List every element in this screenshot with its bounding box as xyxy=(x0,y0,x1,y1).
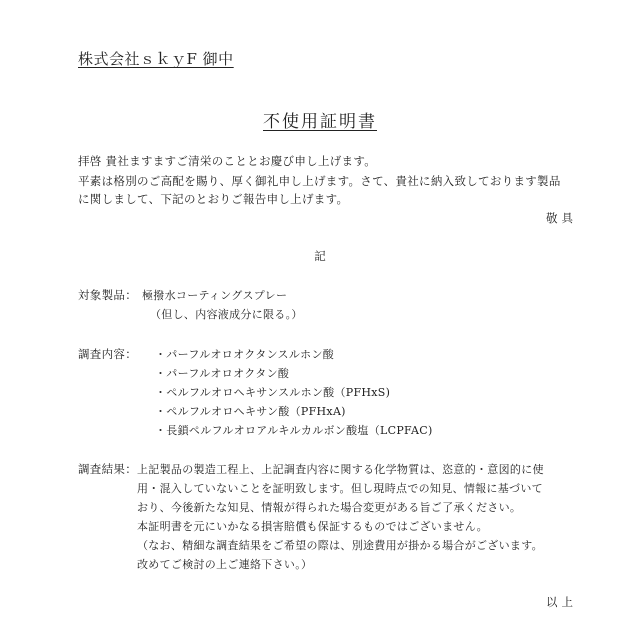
result-line: 改めてご検討の上ご連絡下さい。） xyxy=(137,556,312,572)
addressee: 株式会社ｓｋｙF 御中 xyxy=(78,48,234,69)
investigation-item: ・パーフルオロオクタン酸 xyxy=(155,365,289,381)
target-product-label: 対象製品： xyxy=(78,287,137,303)
investigation-item: ・パーフルオロオクタンスルホン酸 xyxy=(155,346,334,362)
end-mark: 以上 xyxy=(546,594,577,610)
target-product-value: 極撥水コーティングスプレー xyxy=(142,287,287,303)
greeting-line: 平素は格別のご高配を賜り、厚く御礼申し上げます。さて、貴社に納入致しております製… xyxy=(78,173,561,189)
result-line: おり、今後新たな知見、情報が得られた場合変更がある旨ご了承ください。 xyxy=(137,499,521,515)
greeting-line: 拝啓 貴社ますますご清栄のこととお慶び申し上げます。 xyxy=(78,153,376,169)
investigation-item: ・長鎖ペルフルオロアルキルカルボン酸塩（LCPFAC) xyxy=(155,422,433,438)
result-label: 調査結果： xyxy=(78,461,137,477)
greeting-line: に関しまして、下記のとおりご報告申し上げます。 xyxy=(78,191,348,207)
result-line: 用・混入していないことを証明致します。但し現時点での知見、情報に基づいて xyxy=(137,480,543,496)
result-line: 本証明書を元にいかなる損害賠償も保証するものではございません。 xyxy=(137,518,488,534)
result-line: 上記製品の製造工程上、上記調査内容に関する化学物質は、恣意的・意図的に使 xyxy=(137,461,544,477)
ki-heading: 記 xyxy=(0,248,640,264)
investigation-item: ・ペルフルオロヘキサンスルホン酸（PFHxS) xyxy=(155,384,390,400)
target-product-note: （但し、内容液成分に限る。） xyxy=(150,306,303,322)
document-title: 不使用証明書 xyxy=(0,107,640,132)
closing-salutation: 敬具 xyxy=(546,210,577,226)
investigation-item: ・ペルフルオロヘキサン酸（PFHxA) xyxy=(155,403,346,419)
result-line: （なお、精細な調査結果をご希望の際は、別途費用が掛かる場合がございます。 xyxy=(137,537,543,553)
investigation-label: 調査内容： xyxy=(78,346,137,362)
